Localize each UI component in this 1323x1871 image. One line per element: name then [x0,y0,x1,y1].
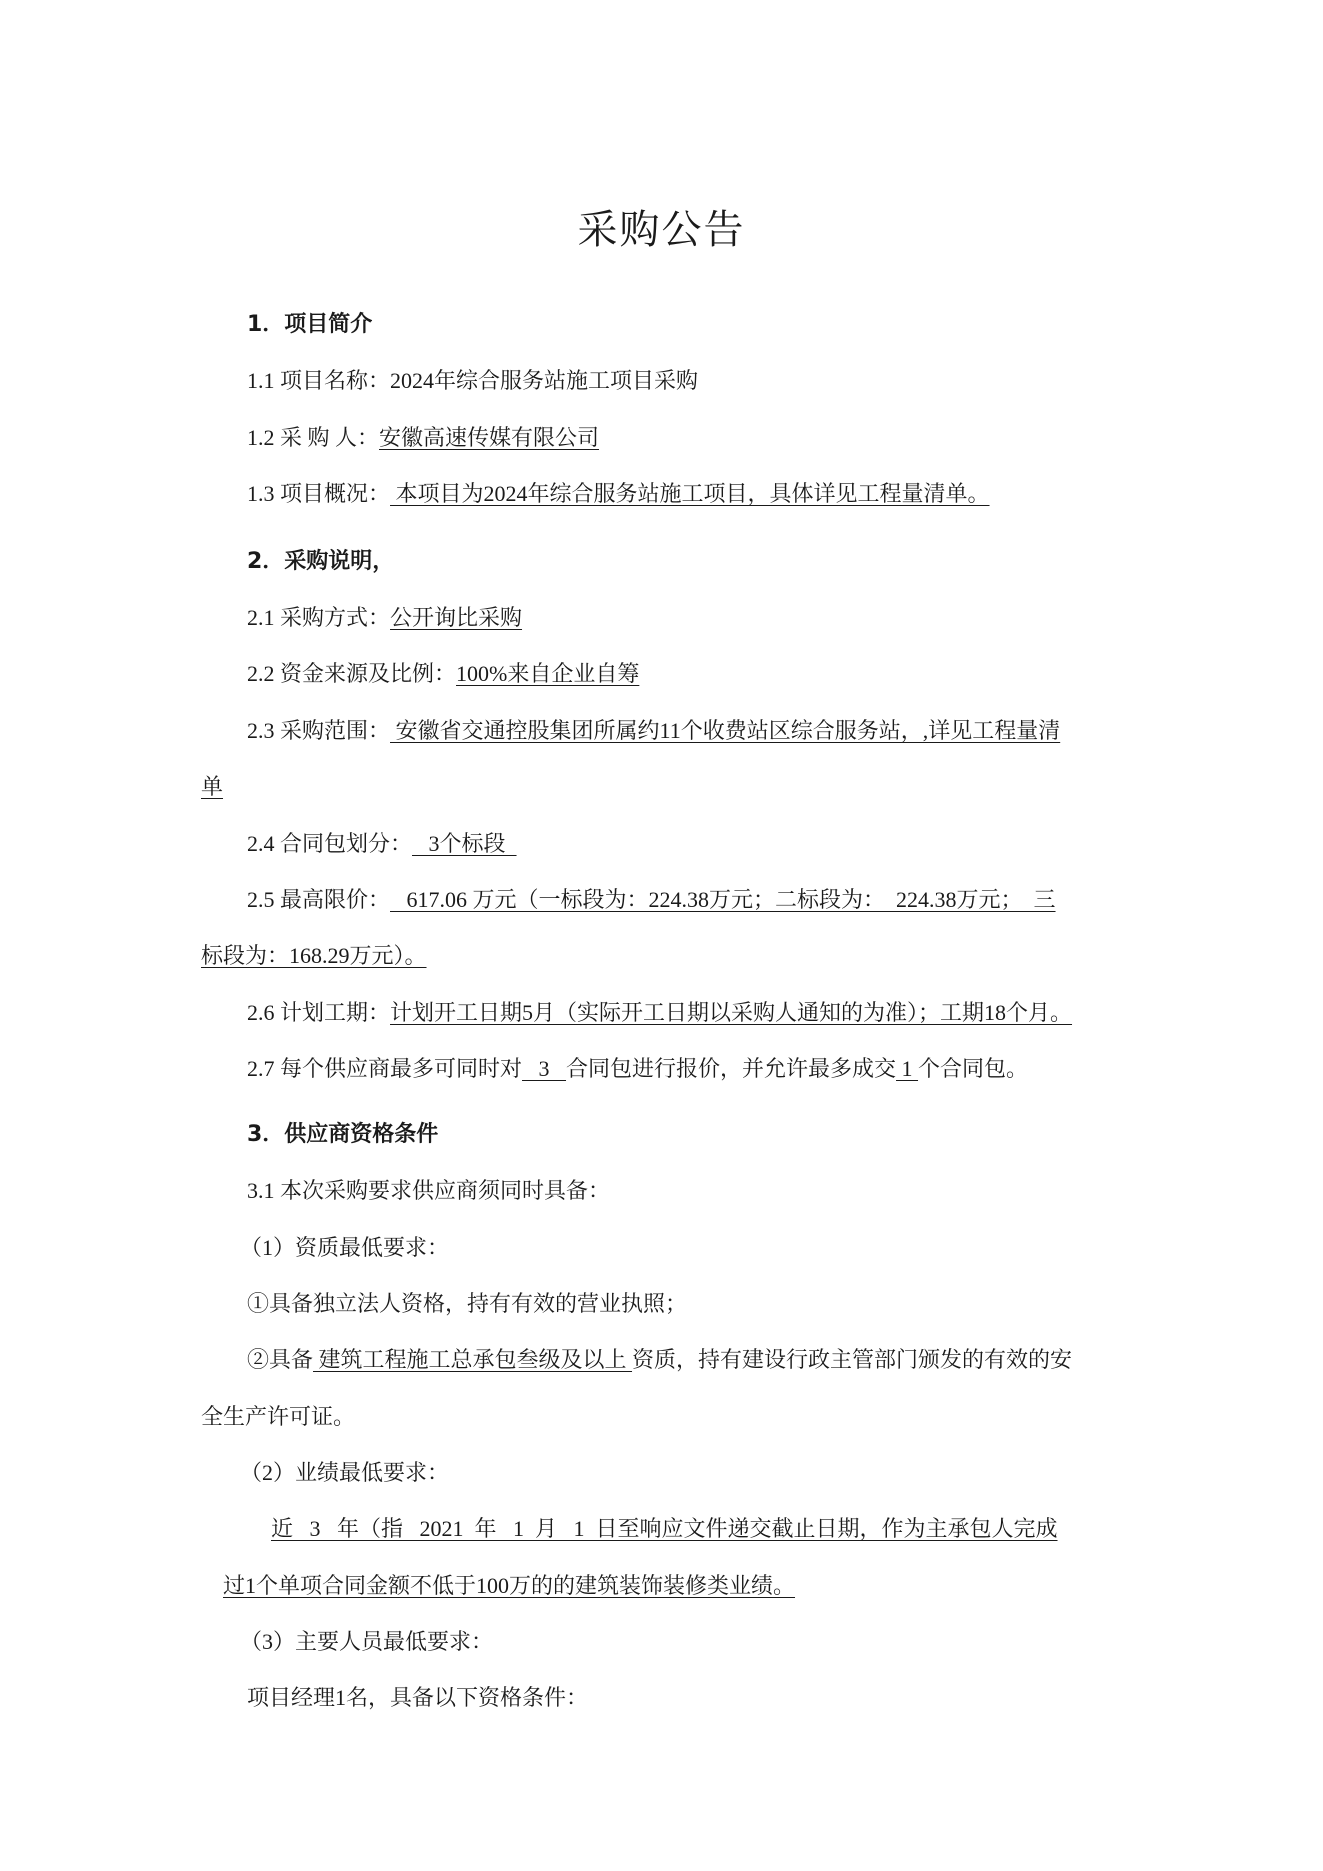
item-1-1: 1.1 项目名称：2024年综合服务站施工项目采购 [247,366,698,396]
item-2-3: 2.3 采购范围： 安徽省交通控股集团所属约11个收费站区综合服务站，,详见工程… [247,716,1060,746]
item-tail-text: 个合同包。 [918,1056,1028,1081]
section-1-heading: 1．项目简介 [247,310,372,340]
item-2-2: 2.2 资金来源及比例：100%来自企业自筹 [247,659,639,689]
item-label: 2.2 资金来源及比例： [247,661,456,686]
performance-requirement-cont: 过1个单项合同金额不低于100万的的建筑装饰装修类业绩。 [223,1573,795,1598]
item-label: 2.4 合同包划分： [247,831,412,856]
item-2-4: 2.4 合同包划分： 3个标段 [247,829,517,859]
max-award-lots: 1 [896,1056,918,1081]
req-3-heading: （3）主要人员最低要求： [240,1627,493,1657]
project-overview: 本项目为2024年综合服务站施工项目，具体详见工程量清单。 [390,481,990,506]
procurement-scope-cont: 单 [201,774,223,799]
req-1-heading: （1）资质最低要求： [240,1233,449,1263]
item-label: 1.1 项目名称： [247,368,390,393]
schedule: 计划开工日期5月（实际开工日期以采购人通知的为准）；工期18个月。 [390,1000,1072,1025]
item-3-1: 3.1 本次采购要求供应商须同时具备： [247,1176,610,1206]
project-name: 2024年综合服务站施工项目采购 [390,368,698,393]
qualification-level: 建筑工程施工总承包叁级及以上 [313,1347,632,1372]
item-mid-text: 合同包进行报价，并允许最多成交 [566,1056,896,1081]
section-3-heading: 3．供应商资格条件 [247,1120,438,1150]
item-1-3: 1.3 项目概况： 本项目为2024年综合服务站施工项目，具体详见工程量清单。 [247,479,990,509]
max-bid-lots: 3 [522,1056,566,1081]
item-label: 2.3 采购范围： [247,718,390,743]
item-2-3-continuation: 单 [201,772,223,802]
item-label: 2.5 最高限价： [247,887,390,912]
req-2-text: 近 3 年（指 2021 年 1 月 1 日至响应文件递交截止日期，作为主承包人… [271,1514,1058,1544]
item-2-6: 2.6 计划工期：计划开工日期5月（实际开工日期以采购人通知的为准）；工期18个… [247,998,1072,1028]
fund-source: 100%来自企业自筹 [456,661,639,686]
document-page: 采购公告 1．项目简介 1.1 项目名称：2024年综合服务站施工项目采购 1.… [0,0,1323,1871]
item-2-7: 2.7 每个供应商最多可同时对 3 合同包进行报价，并允许最多成交 1 个合同包… [247,1054,1028,1084]
section-2-heading: 2．采购说明， [247,547,394,577]
req-2-continuation: 过1个单项合同金额不低于100万的的建筑装饰装修类业绩。 [223,1571,795,1601]
item-label: 2.6 计划工期： [247,1000,390,1025]
item-label: 2.1 采购方式： [247,605,390,630]
item-1-2: 1.2 采 购 人：安徽高速传媒有限公司 [247,423,599,453]
item-label: 1.2 采 购 人： [247,425,379,450]
req-3-text: 项目经理1名，具备以下资格条件： [247,1683,588,1713]
purchaser-name: 安徽高速传媒有限公司 [379,425,599,450]
procurement-method: 公开询比采购 [390,605,522,630]
performance-requirement: 近 3 年（指 2021 年 1 月 1 日至响应文件递交截止日期，作为主承包人… [271,1516,1058,1541]
req-suffix: 资质，持有建设行政主管部门颁发的有效的安 [632,1347,1072,1372]
item-label: 2.7 每个供应商最多可同时对 [247,1056,522,1081]
req-prefix: ②具备 [247,1347,313,1372]
max-price-cont: 标段为：168.29万元）。 [201,943,427,968]
item-2-5-continuation: 标段为：168.29万元）。 [201,941,427,971]
req-1-item-2: ②具备 建筑工程施工总承包叁级及以上 资质，持有建设行政主管部门颁发的有效的安 [247,1345,1072,1375]
item-label: 1.3 项目概况： [247,481,390,506]
req-1-item-2-continuation: 全生产许可证。 [201,1402,355,1432]
lot-division: 3个标段 [412,831,517,856]
max-price: 617.06 万元（一标段为：224.38万元；二标段为： 224.38万元； … [390,887,1056,912]
item-2-5: 2.5 最高限价： 617.06 万元（一标段为：224.38万元；二标段为： … [247,885,1056,915]
item-2-1: 2.1 采购方式：公开询比采购 [247,603,522,633]
page-title: 采购公告 [0,198,1323,255]
procurement-scope: 安徽省交通控股集团所属约11个收费站区综合服务站，,详见工程量清 [390,718,1060,743]
req-1-item-1: ①具备独立法人资格，持有有效的营业执照； [247,1289,687,1319]
req-2-heading: （2）业绩最低要求： [240,1458,449,1488]
